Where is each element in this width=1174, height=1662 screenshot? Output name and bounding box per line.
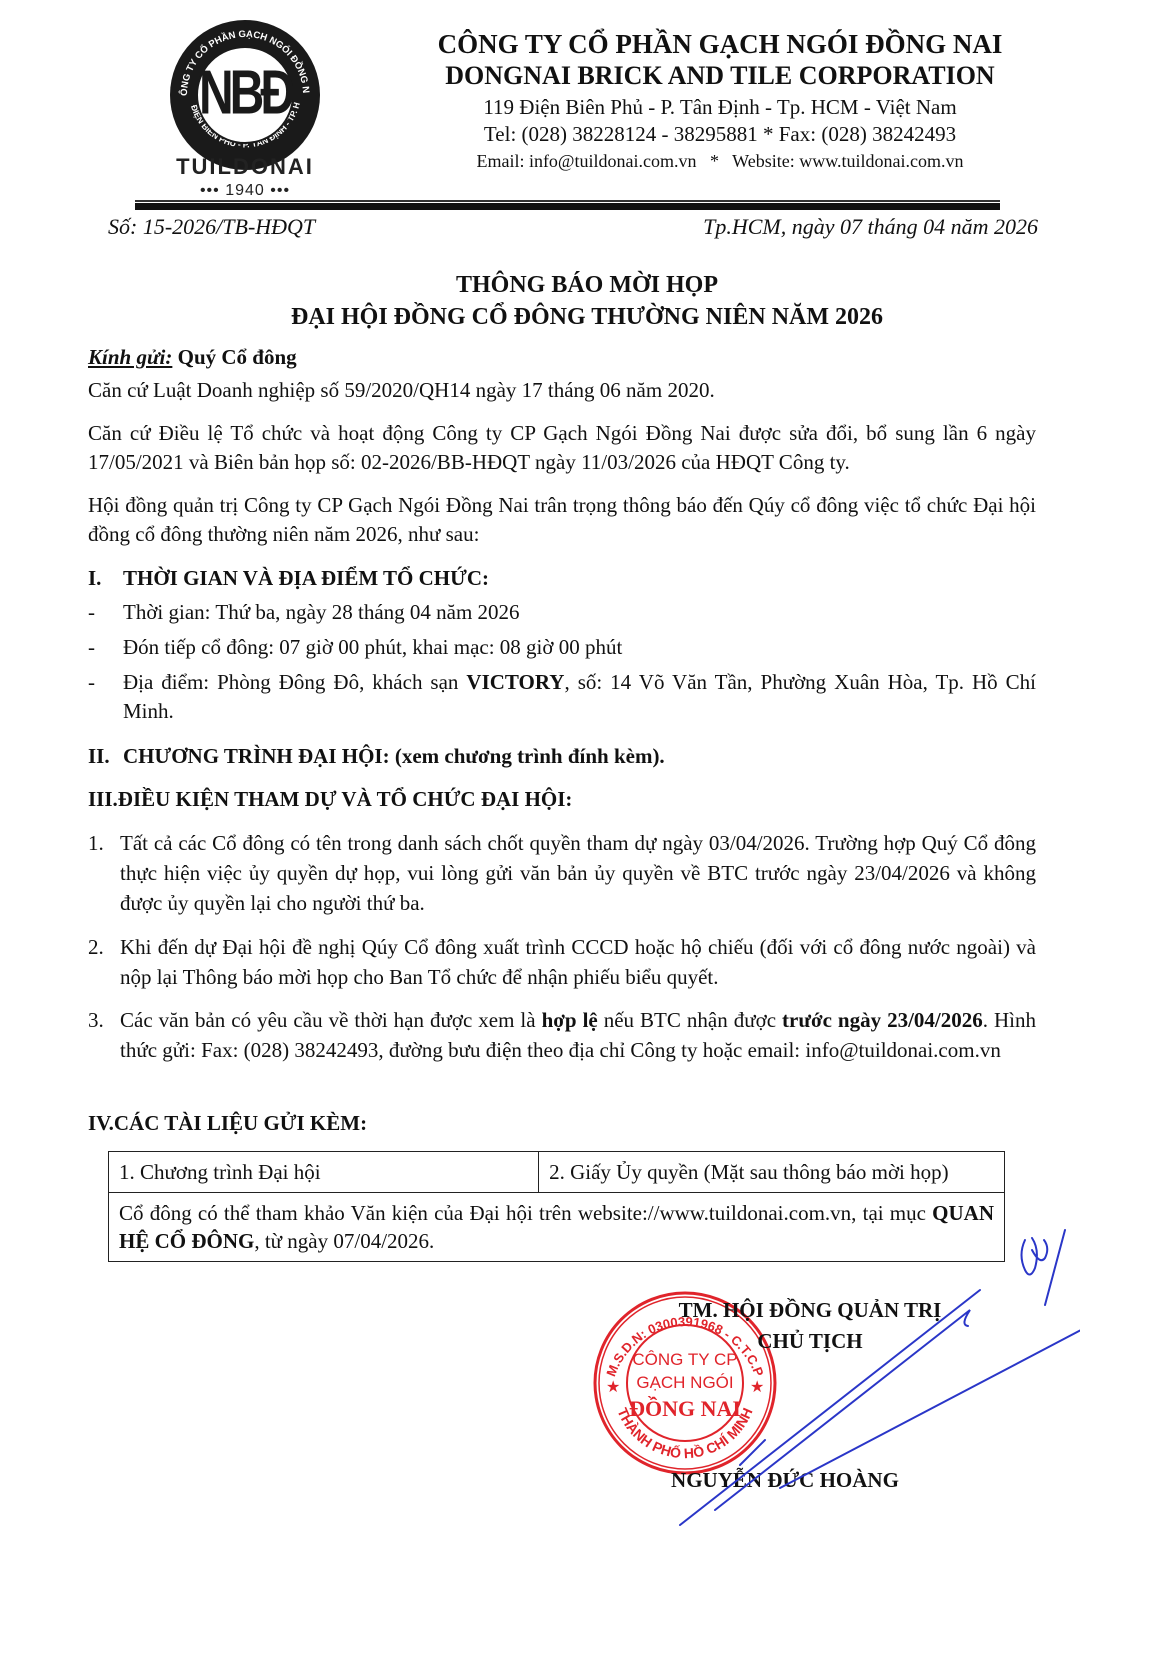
item-number: 2.: [88, 932, 104, 962]
section-2-numeral: II.: [88, 742, 123, 771]
deadline-emphasis: trước ngày 23/04/2026: [782, 1008, 983, 1032]
attachment-agenda: 1. Chương trình Đại hội: [109, 1152, 539, 1193]
greeting: Kính gửi: Quý Cổ đông: [88, 343, 1036, 372]
section-1-item-venue: - Địa điểm: Phòng Đông Đô, khách sạn VIC…: [88, 668, 1036, 726]
section-3-item-1: 1. Tất cả các Cổ đông có tên trong danh …: [88, 828, 1036, 918]
notice-page: CÔNG TY CỔ PHẦN GẠCH NGÓI ĐỒNG NAI 119 Đ…: [0, 0, 1174, 1662]
section-4-title: CÁC TÀI LIỆU GỬI KÈM:: [114, 1111, 367, 1135]
section-4-heading: IV.CÁC TÀI LIỆU GỬI KÈM:: [88, 1109, 1036, 1138]
section-1-item-time: - Thời gian: Thứ ba, ngày 28 tháng 04 nă…: [88, 598, 1036, 627]
document-place-date: Tp.HCM, ngày 07 tháng 04 năm 2026: [703, 214, 1038, 240]
venue-prefix: Địa điểm: Phòng Đông Đô, khách sạn: [123, 670, 466, 694]
item-text: Các văn bản có yêu cầu về thời hạn được …: [120, 1005, 1036, 1065]
text-part: Các văn bản có yêu cầu về thời hạn được …: [120, 1008, 542, 1032]
section-1-title: THỜI GIAN VÀ ĐỊA ĐIỂM TỔ CHỨC:: [123, 566, 489, 590]
item-text: Tất cả các Cổ đông có tên trong danh sác…: [120, 828, 1036, 918]
item-text: Thời gian: Thứ ba, ngày 28 tháng 04 năm …: [123, 598, 1036, 627]
section-1-numeral: I.: [88, 564, 123, 593]
company-name-vn: CÔNG TY CỔ PHẦN GẠCH NGÓI ĐỒNG NAI: [385, 28, 1055, 60]
attachment-proxy-form: 2. Giấy Ủy quyền (Mặt sau thông báo mời …: [539, 1152, 1005, 1193]
section-4-numeral: IV.: [88, 1111, 114, 1135]
section-2-title: CHƯƠNG TRÌNH ĐẠI HỘI: (xem chương trình …: [123, 744, 665, 768]
logo-center: NBĐ: [196, 46, 294, 144]
table-row: 1. Chương trình Đại hội 2. Giấy Ủy quyền…: [109, 1152, 1005, 1193]
section-1-heading: I.THỜI GIAN VÀ ĐỊA ĐIỂM TỔ CHỨC:: [88, 564, 1036, 593]
item-text: Đón tiếp cổ đông: 07 giờ 00 phút, khai m…: [123, 633, 1036, 662]
item-number: 1.: [88, 828, 104, 858]
logo-founding-year: ••• 1940 •••: [150, 182, 340, 200]
company-phone-fax: Tel: (028) 38228124 - 38295881 * Fax: (0…: [385, 121, 1055, 148]
dash-bullet: -: [88, 598, 95, 627]
section-3-numeral: III.: [88, 787, 118, 811]
greeting-recipient: Quý Cổ đông: [178, 345, 297, 369]
company-email-website: Email: info@tuildonai.com.vn * Website: …: [385, 148, 1055, 174]
logo-monogram: NBĐ: [198, 58, 292, 130]
logo-brand-name: TUILDONAI: [150, 154, 340, 180]
valid-emphasis: hợp lệ: [542, 1008, 598, 1032]
document-subtitle: ĐẠI HỘI ĐỒNG CỔ ĐÔNG THƯỜNG NIÊN NĂM 202…: [0, 304, 1174, 331]
preamble-law: Căn cứ Luật Doanh nghiệp số 59/2020/QH14…: [88, 376, 1036, 405]
note-date: , từ ngày 07/04/2026.: [254, 1229, 434, 1253]
section-3-item-3: 3. Các văn bản có yêu cầu về thời hạn đư…: [88, 1005, 1036, 1065]
section-2-heading: II.CHƯƠNG TRÌNH ĐẠI HỘI: (xem chương trì…: [88, 742, 1036, 771]
venue-hotel: VICTORY: [466, 670, 564, 694]
preamble-announcement: Hội đồng quản trị Công ty CP Gạch Ngói Đ…: [88, 491, 1036, 549]
letterhead: CÔNG TY CỔ PHẦN GẠCH NGÓI ĐỒNG NAI DONGN…: [385, 28, 1055, 174]
document-number: Số: 15-2026/TB-HĐQT: [108, 214, 315, 240]
item-number: 3.: [88, 1005, 104, 1035]
header-divider-thick: [135, 203, 1000, 210]
company-name-en: DONGNAI BRICK AND TILE CORPORATION: [385, 60, 1055, 92]
preamble-charter: Căn cứ Điều lệ Tổ chức và hoạt động Công…: [88, 419, 1036, 477]
handwritten-signature: [620, 1210, 1080, 1540]
item-text: Khi đến dự Đại hội đề nghị Qúy Cổ đông x…: [120, 932, 1036, 992]
item-text: Địa điểm: Phòng Đông Đô, khách sạn VICTO…: [123, 668, 1036, 726]
section-3-heading: III.ĐIỀU KIỆN THAM DỰ VÀ TỔ CHỨC ĐẠI HỘI…: [88, 785, 1036, 814]
dash-bullet: -: [88, 668, 95, 697]
header-divider-thin: [135, 200, 1000, 202]
company-logo: CÔNG TY CỔ PHẦN GẠCH NGÓI ĐỒNG NAI 119 Đ…: [150, 14, 366, 204]
section-3-item-2: 2. Khi đến dự Đại hội đề nghị Qúy Cổ đôn…: [88, 932, 1036, 992]
text-part: nếu BTC nhận được: [598, 1008, 782, 1032]
greeting-label: Kính gửi:: [88, 345, 172, 369]
section-1-item-reception: - Đón tiếp cổ đông: 07 giờ 00 phút, khai…: [88, 633, 1036, 662]
document-title: THÔNG BÁO MỜI HỌP: [0, 272, 1174, 299]
company-address: 119 Điện Biên Phủ - P. Tân Định - Tp. HC…: [385, 94, 1055, 121]
section-3-title: ĐIỀU KIỆN THAM DỰ VÀ TỔ CHỨC ĐẠI HỘI:: [118, 787, 573, 811]
dash-bullet: -: [88, 633, 95, 662]
svg-text:★: ★: [606, 1379, 620, 1396]
